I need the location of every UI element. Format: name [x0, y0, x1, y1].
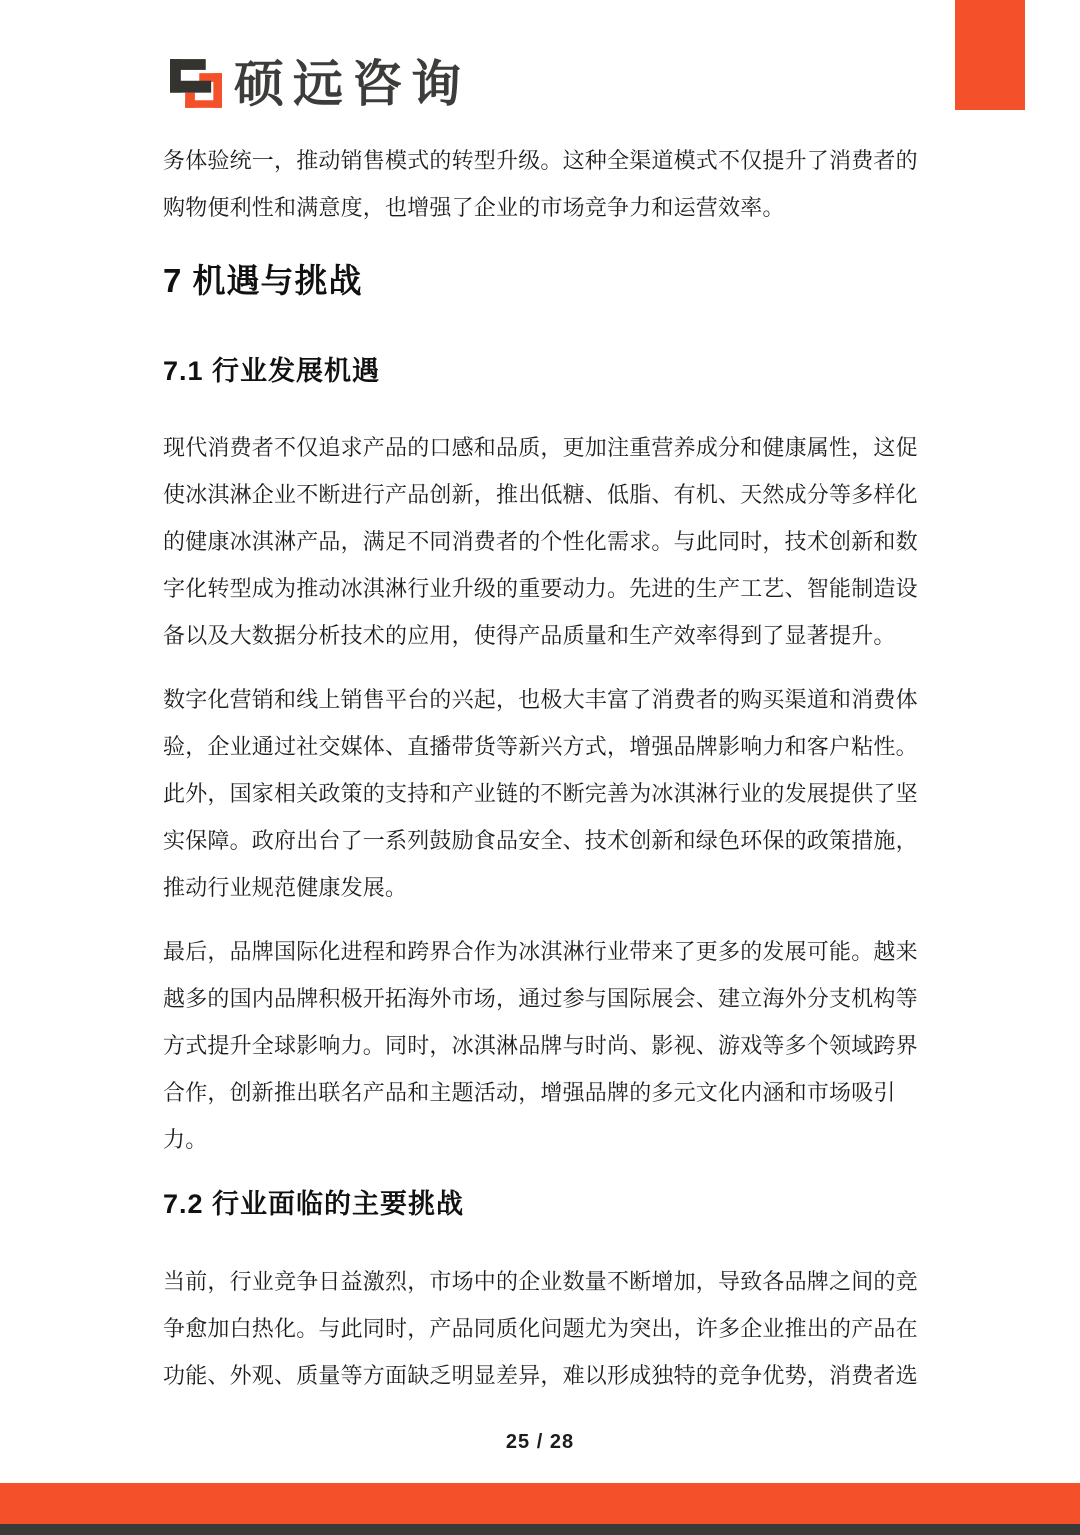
paragraph: 现代消费者不仅追求产品的口感和品质，更加注重营养成分和健康属性，这促 使冰淇淋企…	[163, 424, 938, 659]
document-content: 务体验统一，推动销售模式的转型升级。这种全渠道模式不仅提升了消费者的 购物便利性…	[163, 137, 938, 1399]
footer-dark-bar	[0, 1524, 1080, 1535]
corner-accent-block	[955, 0, 1025, 110]
footer-accent-bar	[0, 1483, 1080, 1524]
page-number: 25 / 28	[506, 1431, 574, 1453]
brand-logo: 硕远咨询	[170, 58, 470, 110]
paragraph: 数字化营销和线上销售平台的兴起，也极大丰富了消费者的购买渠道和消费体 验，企业通…	[163, 676, 938, 911]
brand-name: 硕远咨询	[234, 58, 470, 110]
document-page: 硕远咨询 务体验统一，推动销售模式的转型升级。这种全渠道模式不仅提升了消费者的 …	[0, 0, 1080, 1535]
intro-paragraph: 务体验统一，推动销售模式的转型升级。这种全渠道模式不仅提升了消费者的 购物便利性…	[163, 137, 938, 231]
subsection-title-7-2: 7.2 行业面临的主要挑战	[163, 1187, 938, 1221]
page-footer: 25 / 28	[0, 1431, 1080, 1454]
paragraph: 当前，行业竞争日益激烈，市场中的企业数量不断增加，导致各品牌之间的竞 争愈加白热…	[163, 1258, 938, 1399]
subsection-title-7-1: 7.1 行业发展机遇	[163, 354, 938, 388]
paragraph: 最后，品牌国际化进程和跨界合作为冰淇淋行业带来了更多的发展可能。越来 越多的国内…	[163, 928, 938, 1163]
section-heading: 7 机遇与挑战	[163, 261, 938, 301]
brand-logo-icon	[170, 59, 222, 109]
